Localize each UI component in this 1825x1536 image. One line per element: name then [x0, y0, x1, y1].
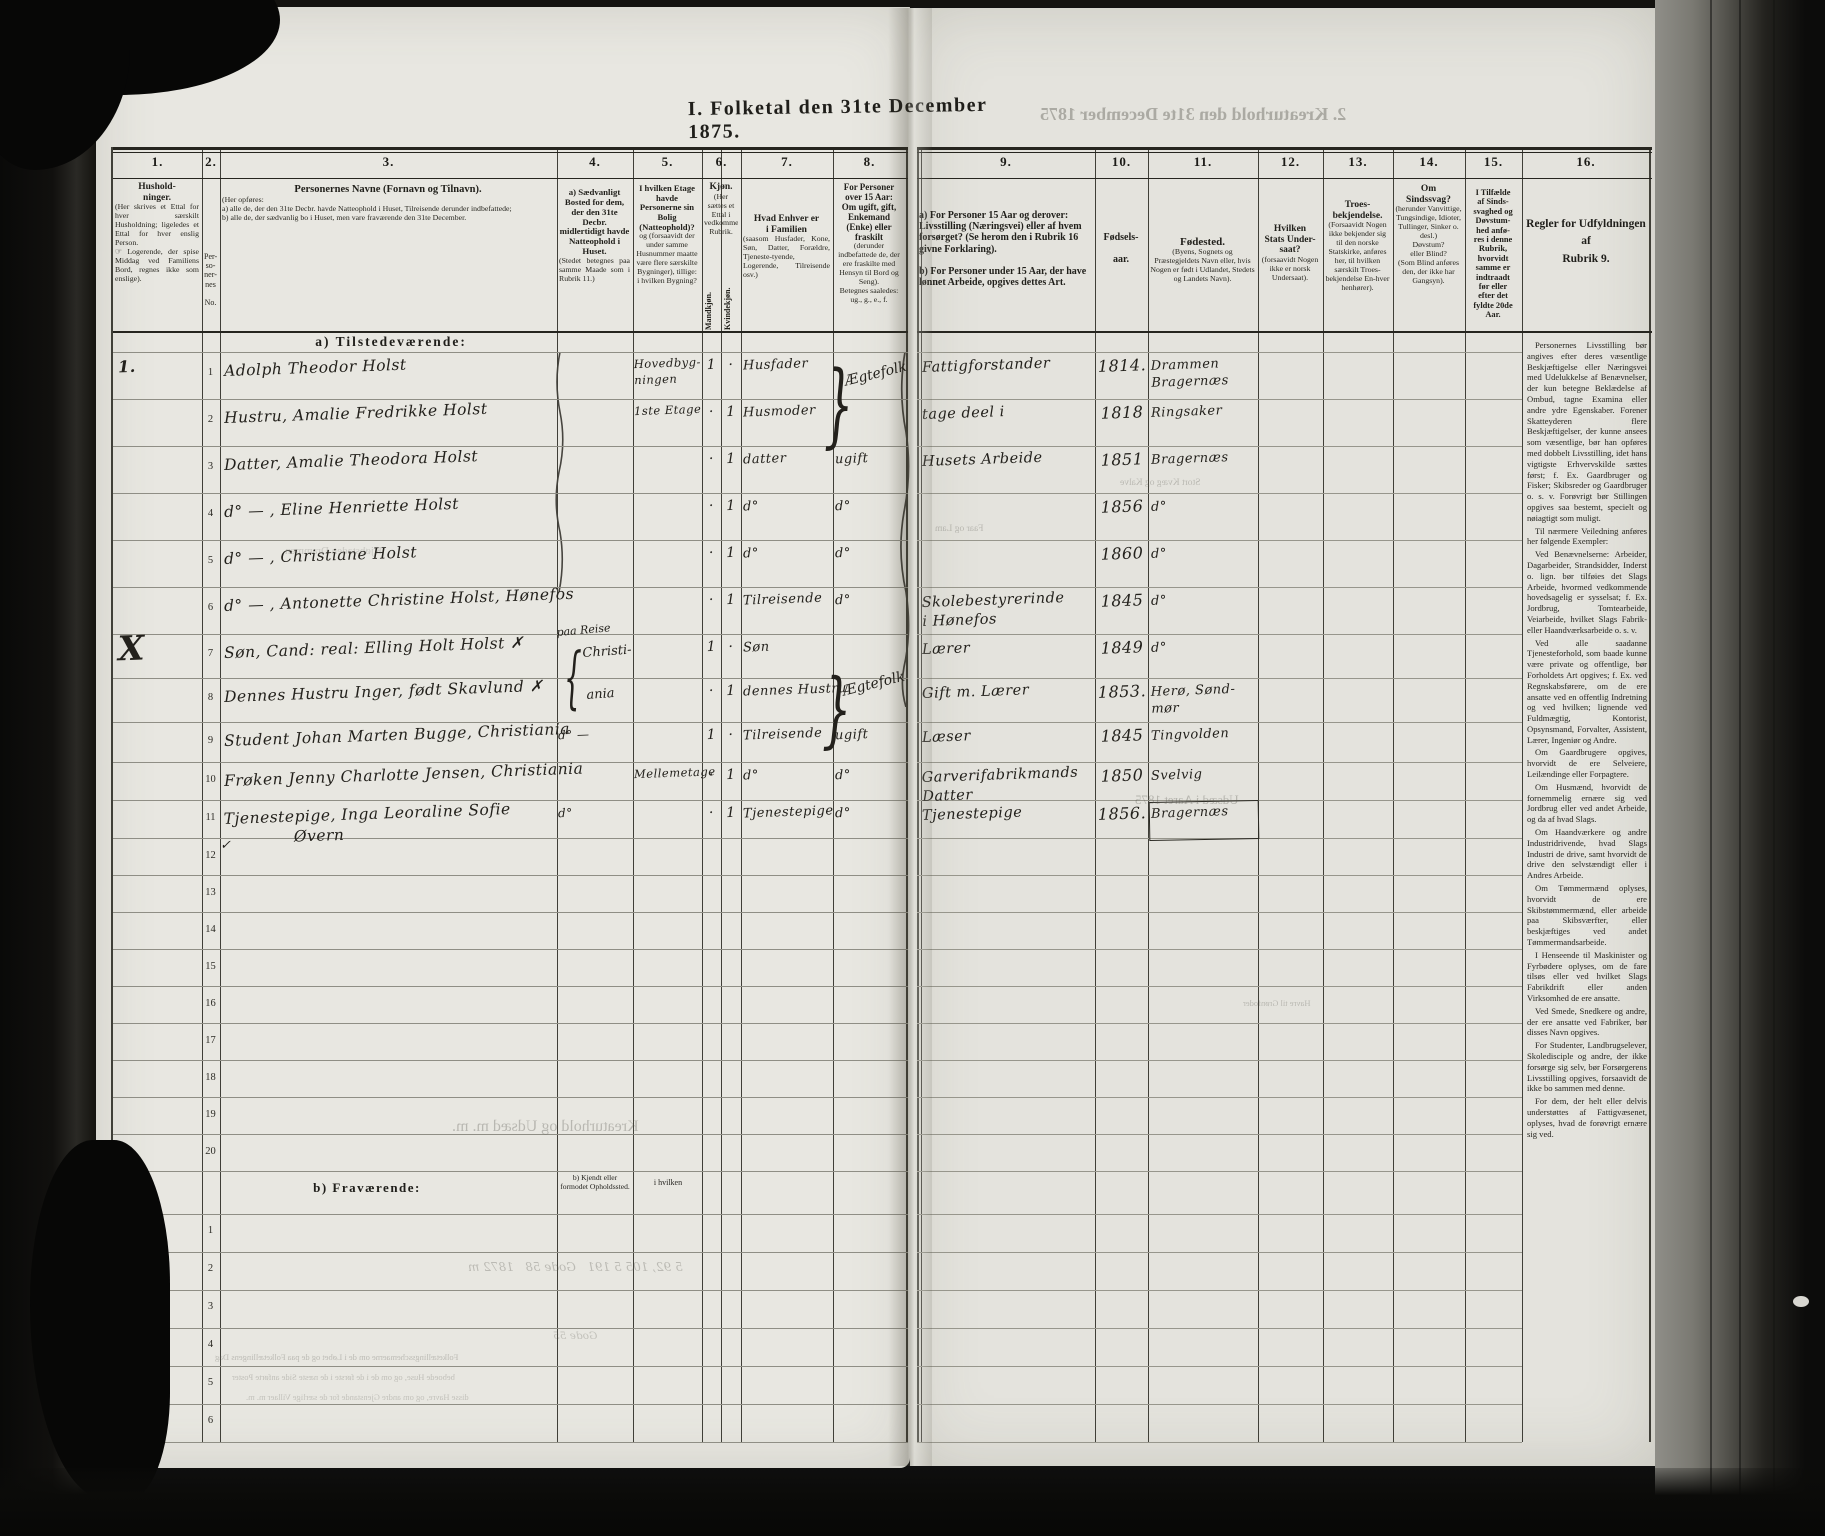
rules-paragraph: Ved Benævnelserne: Arbeider, Dagarbeider… [1527, 549, 1647, 635]
grid-hline [113, 1023, 908, 1024]
cell-etage: 1ste Etage [634, 402, 701, 420]
cell-sted: Ringsaker [1151, 401, 1256, 422]
cell-fam: d° [743, 542, 832, 562]
row-number: 15 [202, 961, 219, 972]
rules-paragraph: I Henseende til Maskinister og Fyrbødere… [1527, 950, 1647, 1004]
header-lead: Hushold- ninger. [115, 182, 199, 203]
header-col-number: 14. [1393, 154, 1465, 176]
row-number: 17 [202, 1035, 219, 1046]
rules-paragraph: Om Husmænd, hvorvidt de fornemmelig ernæ… [1527, 782, 1647, 825]
rules-paragraph: Om Haandværkere og andre Industridrivend… [1527, 827, 1647, 881]
header-col-number: 10. [1095, 154, 1148, 176]
header-col-number: 3. [220, 154, 557, 176]
header-col-number: 5. [633, 154, 702, 176]
header-rest: (Her skrives et Ettal for hver særskilt … [115, 203, 199, 284]
cell-k: 1 [721, 804, 742, 823]
grid-hline [917, 1214, 1522, 1215]
header-col-number: 4. [557, 154, 633, 176]
rules-paragraph: Ved alle saadanne Tjenesteforhold, som b… [1527, 638, 1647, 746]
cell-etage: Mellemetage [634, 765, 701, 783]
grid-hline [917, 1171, 1522, 1172]
grid-hline [917, 1252, 1522, 1253]
row-number: 14 [202, 924, 219, 935]
header-cell: Fødested.(Byens, Sognets og Præstegjelde… [1150, 236, 1255, 330]
cell-k: 1 [721, 403, 742, 422]
row-number: 7 [202, 648, 219, 659]
grid-hline [113, 147, 908, 150]
grid-hline [113, 1442, 908, 1443]
header-lead: a) For Personer 15 Aar og derover: Livss… [919, 210, 1092, 288]
cell-fam: datter [743, 448, 832, 468]
header-cell: Hvilken Stats Under- saat?(forsaavidt No… [1260, 224, 1320, 330]
header-cell: I hvilken Etage havde Personerne sin Bol… [635, 184, 699, 330]
grid-hline [113, 986, 908, 987]
grid-hline [917, 587, 1522, 588]
scan-edge-top [96, 0, 1657, 7]
grid-hline [113, 1060, 908, 1061]
row-number: 4 [202, 1339, 219, 1350]
header-col-number: 12. [1258, 154, 1323, 176]
cell-k: · [721, 726, 742, 745]
cell-hh: 1. [118, 355, 199, 378]
header-col-number: 7. [741, 154, 833, 176]
rules-paragraph: Til nærmere Veiledning anføres her følge… [1527, 526, 1647, 548]
grid-vline [202, 147, 203, 1442]
row-number: 18 [202, 1072, 219, 1083]
cell-fam: Tilreisende [743, 724, 832, 744]
cell-fam: dennes Hustru [743, 680, 832, 700]
cell-aar: 1850 [1097, 765, 1148, 787]
cell-sted: Tingvolden [1151, 724, 1256, 745]
header-cell: a) For Personer 15 Aar og derover: Livss… [919, 210, 1092, 330]
annotation: ania [586, 686, 615, 703]
grid-vline [1323, 147, 1324, 1442]
row-number: 6 [202, 1415, 219, 1426]
cell-m: · [702, 766, 722, 785]
grid-vline [1522, 147, 1523, 1442]
grid-vline [833, 147, 834, 1442]
grid-hline [917, 1290, 1522, 1291]
row-number: 1 [202, 367, 219, 378]
cell-aar: 1845 [1097, 725, 1148, 747]
cell-k: · [721, 356, 742, 375]
grid-vline [741, 147, 742, 1442]
cell-sted: d° [1151, 589, 1256, 610]
cell-hh: X [118, 637, 199, 660]
cell-aar: 1860 [1097, 543, 1148, 565]
grid-hline [917, 446, 1522, 447]
cell-fam: d° [743, 495, 832, 515]
grid-hline [917, 152, 1652, 153]
grid-hline [917, 762, 1522, 763]
header-col-number: 2. [202, 154, 220, 176]
grid-hline [917, 1134, 1522, 1135]
grid-hline [917, 1404, 1522, 1405]
grid-hline [113, 1097, 908, 1098]
grid-hline [917, 1328, 1522, 1329]
scan-speck [1793, 1296, 1809, 1307]
header-col-number: 16. [1522, 154, 1650, 176]
grid-hline [917, 147, 1652, 150]
row-number: 9 [202, 735, 219, 746]
cell-k: 1 [721, 497, 742, 516]
annotation: } [824, 350, 853, 458]
rules-paragraph: Ved Smede, Snedkere og andre, der ere an… [1527, 1006, 1647, 1038]
row-number: 4 [202, 508, 219, 519]
grid-vline [557, 147, 558, 1442]
header-rest: (Her sættes et Ettal i vedkommende Rubri… [704, 193, 738, 238]
cell-m: · [702, 544, 722, 563]
cell-aar: 1849 [1097, 637, 1148, 659]
row-number: 19 [202, 1109, 219, 1120]
grid-hline [917, 912, 1522, 913]
annotation: } [822, 660, 851, 757]
book-fold [888, 8, 932, 1466]
section-a-label: a) Tilstedeværende: [286, 334, 496, 350]
grid-hline [113, 178, 908, 179]
header-rest: (Forsaavidt Nogen ikke bekjender sig til… [1325, 221, 1390, 293]
header-col-number: 6. [702, 154, 741, 176]
grid-hline [113, 1290, 908, 1291]
grid-hline [113, 1171, 908, 1172]
header-cell: Troes- bekjendelse.(Forsaavidt Nogen ikk… [1325, 200, 1390, 330]
header-cell: Hushold- ninger.(Her skrives et Ettal fo… [115, 182, 199, 330]
grid-hline [917, 1060, 1522, 1061]
annotation: { [564, 638, 582, 717]
cell-sted: Herø, Sønd- mør [1150, 680, 1255, 718]
cell-m: 1 [702, 356, 722, 375]
page-title: I. Folketal den 31te December 1875. [688, 94, 989, 144]
row-number: 1 [202, 1225, 219, 1236]
row-number: 10 [202, 774, 219, 785]
cell-fam: Tilreisende [743, 589, 832, 609]
cell-fam: d° [743, 764, 832, 784]
header-rest: (Her opføres: a) alle de, der den 31te D… [222, 196, 554, 223]
header-lead: Fødsels- aar. [1097, 232, 1145, 266]
cell-fam: Husmoder [743, 401, 832, 421]
grid-hline [113, 1252, 908, 1253]
header-lead: a) Sædvanligt Bosted for dem, der den 31… [559, 188, 630, 257]
row-number: 2 [202, 1263, 219, 1274]
cell-etage: Hovedbyg- ningen [633, 355, 700, 388]
cell-fam: Tjenestepige [743, 802, 832, 822]
header-cell: Hvad Enhver er i Familien(saasom Husfade… [743, 214, 830, 330]
header-cell: a) Sædvanligt Bosted for dem, der den 31… [559, 188, 630, 330]
header-sub-divider [721, 240, 722, 331]
grid-hline [113, 1134, 908, 1135]
grid-hline [917, 678, 1522, 679]
cell-m: · [702, 497, 722, 516]
header-rest: (Stedet betegnes paa samme Maade som i R… [559, 257, 630, 284]
grid-vline [633, 147, 634, 1442]
rules-paragraph: Om Tømmermænd oplyses, hvorvidt de ere S… [1527, 883, 1647, 948]
cell-k: 1 [721, 682, 742, 701]
cell-sted: Drammen Bragernæs [1150, 354, 1255, 392]
cell-sted: d° [1151, 495, 1256, 516]
cell-fam: Søn [743, 636, 832, 656]
cell-k: 1 [721, 591, 742, 610]
rules-paragraph: Personernes Livsstilling bør angives eft… [1527, 340, 1647, 524]
row-number: 11 [202, 812, 219, 823]
annotation: ✓ [220, 838, 231, 853]
header-cell: Om Sindssvag?(herunder Vanvittige, Tungs… [1395, 184, 1462, 330]
cell-m: · [702, 682, 722, 701]
header-col-number: 9. [917, 154, 1095, 176]
header-lead: Hvad Enhver er i Familien [743, 214, 830, 235]
cell-m: 1 [702, 726, 722, 745]
cell-fam: Husfader [743, 354, 832, 374]
header-col-number: 1. [113, 154, 202, 176]
grid-hline [113, 152, 908, 153]
grid-vline [1465, 147, 1466, 1442]
scan-edge-bottom [0, 1468, 1825, 1536]
grid-hline [917, 1442, 1522, 1443]
grid-hline [113, 875, 908, 876]
grid-hline [917, 875, 1522, 876]
cell-livs: Garverifabrikmands Datter [921, 763, 1094, 806]
grid-hline [113, 1214, 908, 1215]
cell-sted: d° [1151, 542, 1256, 563]
cell-m: · [702, 804, 722, 823]
rules-body: Personernes Livsstilling bør angives eft… [1527, 340, 1647, 1436]
row-number: 3 [202, 1301, 219, 1312]
grid-hline [113, 331, 908, 333]
header-rest: (Byens, Sognets og Præstegjeldets Navn e… [1150, 248, 1255, 284]
grid-hline [917, 493, 1522, 494]
annotation-box [1149, 800, 1260, 841]
grid-vline [1393, 147, 1394, 1442]
grid-hline [917, 1097, 1522, 1098]
header-rest: (forsaavidt Nogen ikke er norsk Undersaa… [1260, 256, 1320, 283]
header-cell: Fødsels- aar. [1097, 232, 1145, 330]
cell-m: · [702, 591, 722, 610]
rules-title: Regler for Udfyldningen af Rubrik 9. [1524, 216, 1648, 268]
grid-hline [917, 949, 1522, 950]
cell-m: · [702, 403, 722, 422]
cell-sted: d° [1151, 636, 1256, 657]
cell-k: · [721, 638, 742, 657]
row-number: 6 [202, 602, 219, 613]
grid-vline [1095, 147, 1096, 1442]
header-lead: I hvilken Etage havde Personerne sin Bol… [635, 184, 699, 232]
grid-vline [702, 147, 703, 1442]
cell-aar: 1818 [1097, 402, 1148, 424]
cell-m: · [702, 450, 722, 469]
header-col-number: 13. [1323, 154, 1393, 176]
cell-sted: Svelvig [1151, 764, 1256, 785]
header-rest: (herunder Vanvittige, Tungsindige, Idiot… [1395, 205, 1462, 286]
grid-hline [113, 912, 908, 913]
grid-vline [721, 147, 722, 1442]
cell-aar: 1851 [1097, 449, 1148, 471]
grid-hline [113, 1366, 908, 1367]
grid-hline [113, 949, 908, 950]
cell-aar: 1814. [1097, 355, 1148, 377]
row-number: 5 [202, 1377, 219, 1388]
row-number: 16 [202, 998, 219, 1009]
header-rest: og (forsaavidt der under samme Husnummer… [635, 232, 699, 286]
row-number: 13 [202, 887, 219, 898]
header-lead: Om Sindssvag? [1395, 184, 1462, 205]
cell-k: 1 [721, 544, 742, 563]
grid-hline [917, 1023, 1522, 1024]
cell-bosted: d° — [558, 725, 633, 744]
header-cell: I Tilfælde af Sinds- svaghed og Døvstum-… [1467, 188, 1519, 330]
grid-vline [1258, 147, 1259, 1442]
grid-hline [917, 352, 1522, 353]
header-cell: Per- so- ner- nes No. [204, 252, 217, 330]
cell-k: 1 [721, 766, 742, 785]
section-b-note: b) Kjendt eller formodet Opholdssted. [559, 1174, 631, 1191]
rules-paragraph: Om Gaardbrugere opgives, hvorvidt de ere… [1527, 747, 1647, 779]
header-lead: Personernes Navne (Fornavn og Tilnavn). [222, 184, 554, 196]
cell-k: 1 [721, 450, 742, 469]
row-number: 12 [202, 850, 219, 861]
grid-hline [113, 1404, 908, 1405]
row-number: 8 [202, 692, 219, 703]
cell-m: 1 [702, 638, 722, 657]
header-lead: Troes- bekjendelse. [1325, 200, 1390, 221]
header-rest: Per- so- ner- nes No. [204, 252, 217, 307]
grid-hline [917, 634, 1522, 635]
grid-hline [917, 722, 1522, 723]
scanned-census-page: I. Folketal den 31te December 1875. a) T… [0, 0, 1825, 1536]
grid-hline [917, 1366, 1522, 1367]
rules-paragraph: For dem, der helt eller delvis understøt… [1527, 1096, 1647, 1139]
cell-sted: Bragernæs [1151, 448, 1256, 469]
grid-vline [220, 147, 221, 1442]
section-b-label: b) Fraværende: [282, 1180, 452, 1196]
grid-hline [917, 986, 1522, 987]
section-b-note-2: i hvilken [638, 1178, 698, 1187]
header-cell: Personernes Navne (Fornavn og Tilnavn).(… [222, 184, 554, 330]
grid-hline [917, 178, 1652, 179]
row-number: 5 [202, 555, 219, 566]
grid-vline [1148, 147, 1149, 1442]
cell-aar: 1856. [1097, 803, 1148, 825]
row-number: 2 [202, 414, 219, 425]
rules-paragraph: For Studenter, Landbrugselever, Skoledis… [1527, 1040, 1647, 1094]
grid-hline [917, 399, 1522, 400]
cell-bosted: d° [558, 803, 633, 822]
cell-aar: 1856 [1097, 496, 1148, 518]
grid-hline [917, 540, 1522, 541]
row-number: 3 [202, 461, 219, 472]
grid-hline [917, 331, 1652, 333]
cell-livs: Skolebestyrerinde i Hønefos [921, 588, 1094, 631]
header-lead: I Tilfælde af Sinds- svaghed og Døvstum-… [1467, 188, 1519, 320]
grid-hline [113, 1328, 908, 1329]
cell-aar: 1853. [1097, 681, 1148, 703]
header-sub-vertical: Kvindekjøn. [723, 244, 737, 330]
row-number: 20 [202, 1146, 219, 1157]
header-lead: Hvilken Stats Under- saat? [1260, 224, 1320, 256]
header-col-number: 11. [1148, 154, 1258, 176]
grid-vline [1649, 147, 1651, 1442]
cell-aar: 1845 [1097, 590, 1148, 612]
header-rest: (saasom Husfader, Kone, Søn, Datter, For… [743, 235, 830, 280]
header-sub-vertical: Mandkjøn. [704, 244, 718, 330]
header-col-number: 15. [1465, 154, 1522, 176]
